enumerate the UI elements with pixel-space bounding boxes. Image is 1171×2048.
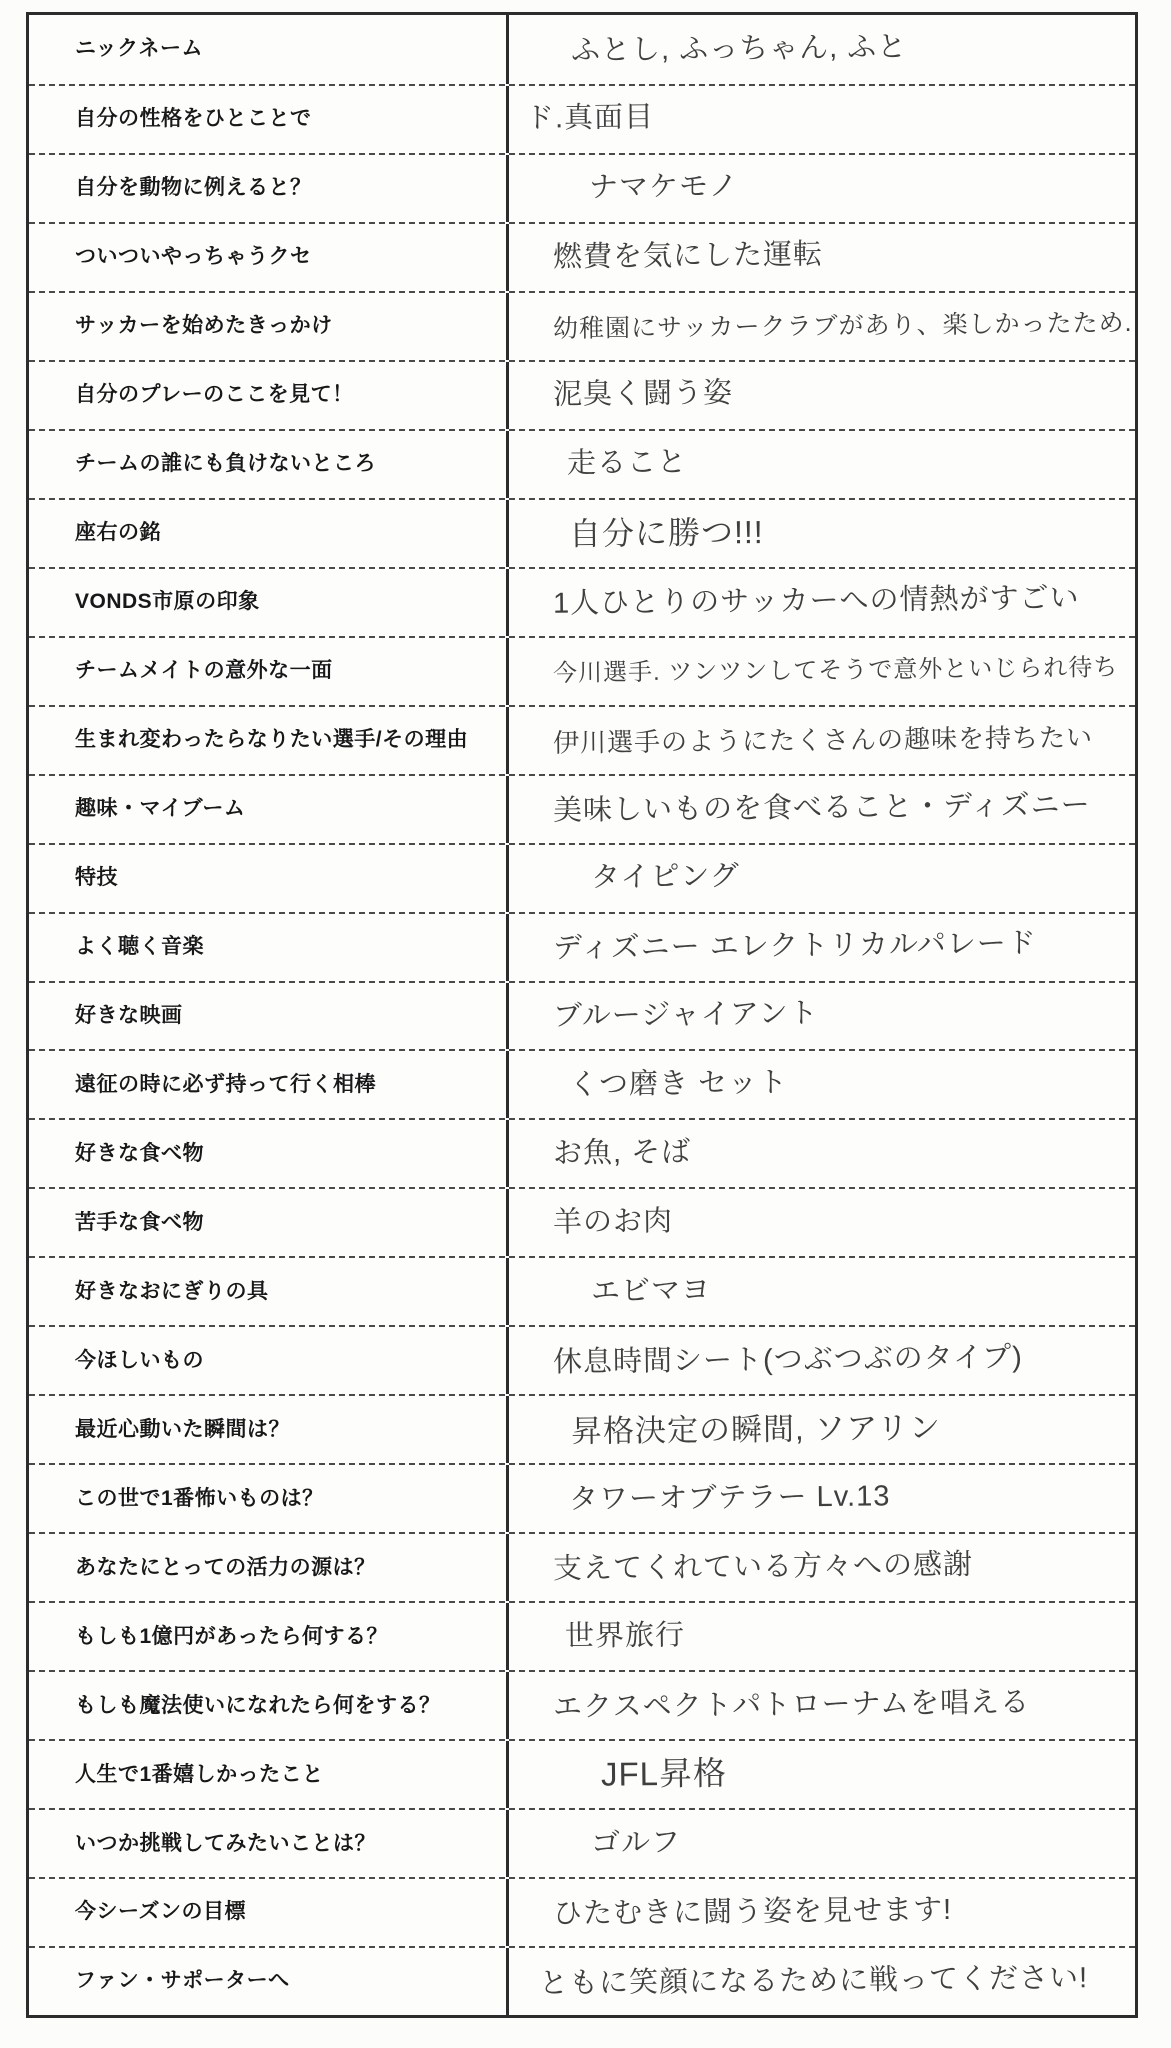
question-text: 自分のプレーのここを見て！: [75, 383, 354, 407]
table-row: 自分を動物に例えると？ナマケモノ: [29, 153, 1135, 222]
handwritten-answer-text: 1人ひとりのサッカーへの情熱がすごい: [553, 583, 1080, 620]
handwritten-answer-text: エクスペクトパトローナムを唱える: [553, 1687, 1030, 1724]
table-row: よく聴く音楽ディズニー エレクトリカルパレード: [29, 912, 1135, 981]
table-row: いつか挑戦してみたいことは？ゴルフ: [29, 1808, 1135, 1877]
question-cell: チームメイトの意外な一面: [29, 638, 506, 705]
table-row: VONDS市原の印象1人ひとりのサッカーへの情熱がすごい: [29, 567, 1135, 636]
question-text: 特技: [75, 866, 118, 890]
answer-cell: 羊のお肉: [506, 1189, 1135, 1256]
table-row: チームの誰にも負けないところ走ること: [29, 429, 1135, 498]
handwritten-answer-text: 世界旅行: [565, 1620, 685, 1653]
table-row: 遠征の時に必ず持って行く相棒くつ磨き セット: [29, 1049, 1135, 1118]
question-cell: 自分の性格をひとことで: [29, 86, 506, 153]
handwritten-answer-text: ディズニー エレクトリカルパレード: [553, 929, 1037, 966]
question-text: 苦手な食べ物: [75, 1211, 204, 1235]
question-cell: 好きな食べ物: [29, 1120, 506, 1187]
handwritten-answer-text: 昇格決定の瞬間, ソアリン: [571, 1411, 941, 1449]
table-row: 自分の性格をひとことでド.真面目: [29, 84, 1135, 153]
question-cell: VONDS市原の印象: [29, 569, 506, 636]
table-row: 最近心動いた瞬間は？昇格決定の瞬間, ソアリン: [29, 1394, 1135, 1463]
handwritten-answer-text: ともに笑顔になるために戦ってください!: [539, 1963, 1088, 2001]
answer-cell: ディズニー エレクトリカルパレード: [506, 914, 1135, 981]
answer-cell: 支えてくれている方々への感謝: [506, 1534, 1135, 1601]
table-row: 座右の銘自分に勝つ!!!: [29, 498, 1135, 567]
table-row: 好きな食べ物お魚, そば: [29, 1118, 1135, 1187]
answer-cell: 今川選手. ツンツンしてそうで意外といじられ待ち: [506, 638, 1135, 705]
question-cell: 遠征の時に必ず持って行く相棒: [29, 1051, 506, 1118]
handwritten-answer-text: 美味しいものを食べること・ディズニー: [553, 790, 1091, 828]
table-row: あなたにとっての活力の源は？支えてくれている方々への感謝: [29, 1532, 1135, 1601]
handwritten-answer-text: タイピング: [591, 861, 740, 894]
handwritten-answer-text: 休息時間シート(つぶつぶのタイプ): [553, 1342, 1023, 1379]
question-cell: 苦手な食べ物: [29, 1189, 506, 1256]
question-cell: ニックネーム: [29, 15, 506, 84]
answer-cell: 泥臭く闘う姿: [506, 362, 1135, 429]
answer-cell: ひたむきに闘う姿を見せます!: [506, 1879, 1135, 1946]
profile-table: ニックネームふとし, ふっちゃん, ふと自分の性格をひとことでド.真面目自分を動…: [26, 12, 1138, 2018]
table-row: ニックネームふとし, ふっちゃん, ふと: [29, 15, 1135, 84]
answer-cell: くつ磨き セット: [506, 1051, 1135, 1118]
question-text: ニックネーム: [75, 37, 203, 61]
question-cell: 好きな映画: [29, 983, 506, 1050]
question-text: 好きな食べ物: [75, 1142, 204, 1166]
answer-cell: 燃費を気にした運転: [506, 224, 1135, 291]
table-row: この世で1番怖いものは？タワーオブテラー Lv.13: [29, 1463, 1135, 1532]
handwritten-answer-text: JFL昇格: [601, 1756, 727, 1794]
answer-cell: 1人ひとりのサッカーへの情熱がすごい: [506, 569, 1135, 636]
question-text: サッカーを始めたきっかけ: [75, 314, 333, 338]
question-cell: 好きなおにぎりの具: [29, 1258, 506, 1325]
table-row: 自分のプレーのここを見て！泥臭く闘う姿: [29, 360, 1135, 429]
question-text: チームメイトの意外な一面: [75, 659, 333, 683]
handwritten-answer-text: 幼稚園にサッカークラブがあり、楽しかったため.: [553, 310, 1133, 344]
handwritten-answer-text: タワーオブテラー Lv.13: [569, 1481, 891, 1516]
table-row: 生まれ変わったらなりたい選手/その理由伊川選手のようにたくさんの趣味を持ちたい: [29, 705, 1135, 774]
question-text: 趣味・マイブーム: [75, 797, 245, 821]
table-row: もしも1億円があったら何する？世界旅行: [29, 1601, 1135, 1670]
answer-cell: 自分に勝つ!!!: [506, 500, 1135, 567]
question-text: よく聴く音楽: [75, 935, 204, 959]
table-row: ファン・サポーターへともに笑顔になるために戦ってください!: [29, 1946, 1135, 2015]
answer-cell: お魚, そば: [506, 1120, 1135, 1187]
handwritten-answer-text: ナマケモノ: [589, 172, 739, 205]
table-row: 今ほしいもの休息時間シート(つぶつぶのタイプ): [29, 1325, 1135, 1394]
question-text: もしも1億円があったら何する？: [75, 1625, 388, 1649]
question-cell: いつか挑戦してみたいことは？: [29, 1810, 506, 1877]
question-cell: 自分を動物に例えると？: [29, 155, 506, 222]
handwritten-answer-text: 羊のお肉: [553, 1206, 673, 1239]
answer-cell: ふとし, ふっちゃん, ふと: [506, 15, 1135, 84]
answer-cell: 走ること: [506, 431, 1135, 498]
question-cell: ファン・サポーターへ: [29, 1948, 506, 2015]
answer-cell: 美味しいものを食べること・ディズニー: [506, 776, 1135, 843]
question-cell: 最近心動いた瞬間は？: [29, 1396, 506, 1463]
question-cell: あなたにとっての活力の源は？: [29, 1534, 506, 1601]
table-row: 好きなおにぎりの具エビマヨ: [29, 1256, 1135, 1325]
table-row: チームメイトの意外な一面今川選手. ツンツンしてそうで意外といじられ待ち: [29, 636, 1135, 705]
answer-cell: エビマヨ: [506, 1258, 1135, 1325]
question-text: この世で1番怖いものは？: [75, 1487, 324, 1511]
question-text: 生まれ変わったらなりたい選手/その理由: [75, 728, 468, 752]
question-cell: 生まれ変わったらなりたい選手/その理由: [29, 707, 506, 774]
table-row: 趣味・マイブーム美味しいものを食べること・ディズニー: [29, 774, 1135, 843]
question-text: VONDS市原の印象: [75, 590, 260, 614]
handwritten-answer-text: 泥臭く闘う姿: [553, 378, 733, 412]
answer-cell: エクスペクトパトローナムを唱える: [506, 1672, 1135, 1739]
answer-cell: タイピング: [506, 845, 1135, 912]
question-text: 今シーズンの目標: [75, 1900, 246, 1924]
question-text: もしも魔法使いになれたら何をする？: [75, 1694, 441, 1718]
answer-cell: ド.真面目: [506, 86, 1135, 153]
table-row: 苦手な食べ物羊のお肉: [29, 1187, 1135, 1256]
question-cell: よく聴く音楽: [29, 914, 506, 981]
table-row: 人生で1番嬉しかったことJFL昇格: [29, 1739, 1135, 1808]
answer-cell: ブルージャイアント: [506, 983, 1135, 1050]
question-cell: ついついやっちゃうクセ: [29, 224, 506, 291]
answer-cell: ともに笑顔になるために戦ってください!: [506, 1948, 1135, 2015]
answer-cell: 世界旅行: [506, 1603, 1135, 1670]
table-row: サッカーを始めたきっかけ幼稚園にサッカークラブがあり、楽しかったため.: [29, 291, 1135, 360]
question-text: チームの誰にも負けないところ: [75, 452, 376, 476]
answer-cell: 休息時間シート(つぶつぶのタイプ): [506, 1327, 1135, 1394]
question-text: 好きなおにぎりの具: [75, 1280, 269, 1304]
question-cell: 特技: [29, 845, 506, 912]
handwritten-answer-text: 走ること: [567, 448, 687, 481]
handwritten-answer-text: 燃費を気にした運転: [553, 240, 823, 275]
table-row: 今シーズンの目標ひたむきに闘う姿を見せます!: [29, 1877, 1135, 1946]
table-row: 特技タイピング: [29, 843, 1135, 912]
question-cell: 今ほしいもの: [29, 1327, 506, 1394]
answer-cell: 幼稚園にサッカークラブがあり、楽しかったため.: [506, 293, 1135, 360]
handwritten-answer-text: 今川選手. ツンツンしてそうで意外といじられ待ち: [553, 655, 1119, 687]
question-text: 座右の銘: [75, 521, 161, 545]
answer-cell: 伊川選手のようにたくさんの趣味を持ちたい: [506, 707, 1135, 774]
question-text: 人生で1番嬉しかったこと: [75, 1763, 324, 1787]
handwritten-answer-text: エビマヨ: [591, 1275, 711, 1308]
table-row: 好きな映画ブルージャイアント: [29, 981, 1135, 1050]
scanned-questionnaire-page: ニックネームふとし, ふっちゃん, ふと自分の性格をひとことでド.真面目自分を動…: [0, 0, 1171, 2048]
question-cell: 自分のプレーのここを見て！: [29, 362, 506, 429]
handwritten-answer-text: ふとし, ふっちゃん, ふと: [571, 32, 908, 67]
question-text: 遠征の時に必ず持って行く相棒: [75, 1073, 376, 1097]
question-cell: 今シーズンの目標: [29, 1879, 506, 1946]
handwritten-answer-text: お魚, そば: [553, 1137, 691, 1170]
handwritten-answer-text: ひたむきに闘う姿を見せます!: [553, 1895, 952, 1931]
question-text: あなたにとっての活力の源は？: [75, 1556, 376, 1580]
question-cell: もしも魔法使いになれたら何をする？: [29, 1672, 506, 1739]
question-text: 今ほしいもの: [75, 1349, 204, 1373]
handwritten-answer-text: ブルージャイアント: [553, 999, 819, 1034]
handwritten-answer-text: 伊川選手のようにたくさんの趣味を持ちたい: [553, 723, 1093, 757]
handwritten-answer-text: ド.真面目: [525, 103, 654, 136]
answer-cell: 昇格決定の瞬間, ソアリン: [506, 1396, 1135, 1463]
question-cell: この世で1番怖いものは？: [29, 1465, 506, 1532]
answer-cell: JFL昇格: [506, 1741, 1135, 1808]
answer-cell: タワーオブテラー Lv.13: [506, 1465, 1135, 1532]
handwritten-answer-text: 自分に勝つ!!!: [569, 515, 764, 552]
handwritten-answer-text: 支えてくれている方々への感謝: [553, 1550, 973, 1586]
question-text: いつか挑戦してみたいことは？: [75, 1832, 376, 1856]
question-cell: チームの誰にも負けないところ: [29, 431, 506, 498]
question-text: 好きな映画: [75, 1004, 183, 1028]
question-text: ついついやっちゃうクセ: [75, 245, 312, 269]
question-text: ファン・サポーターへ: [75, 1969, 290, 1993]
question-cell: 人生で1番嬉しかったこと: [29, 1741, 506, 1808]
table-row: ついついやっちゃうクセ燃費を気にした運転: [29, 222, 1135, 291]
question-text: 自分の性格をひとことで: [75, 107, 312, 131]
table-row: もしも魔法使いになれたら何をする？エクスペクトパトローナムを唱える: [29, 1670, 1135, 1739]
handwritten-answer-text: ゴルフ: [591, 1827, 681, 1860]
question-text: 最近心動いた瞬間は？: [75, 1418, 290, 1442]
question-cell: 趣味・マイブーム: [29, 776, 506, 843]
answer-cell: ゴルフ: [506, 1810, 1135, 1877]
question-cell: サッカーを始めたきっかけ: [29, 293, 506, 360]
question-text: 自分を動物に例えると？: [75, 176, 312, 200]
question-cell: もしも1億円があったら何する？: [29, 1603, 506, 1670]
question-cell: 座右の銘: [29, 500, 506, 567]
handwritten-answer-text: くつ磨き セット: [569, 1068, 788, 1102]
answer-cell: ナマケモノ: [506, 155, 1135, 222]
